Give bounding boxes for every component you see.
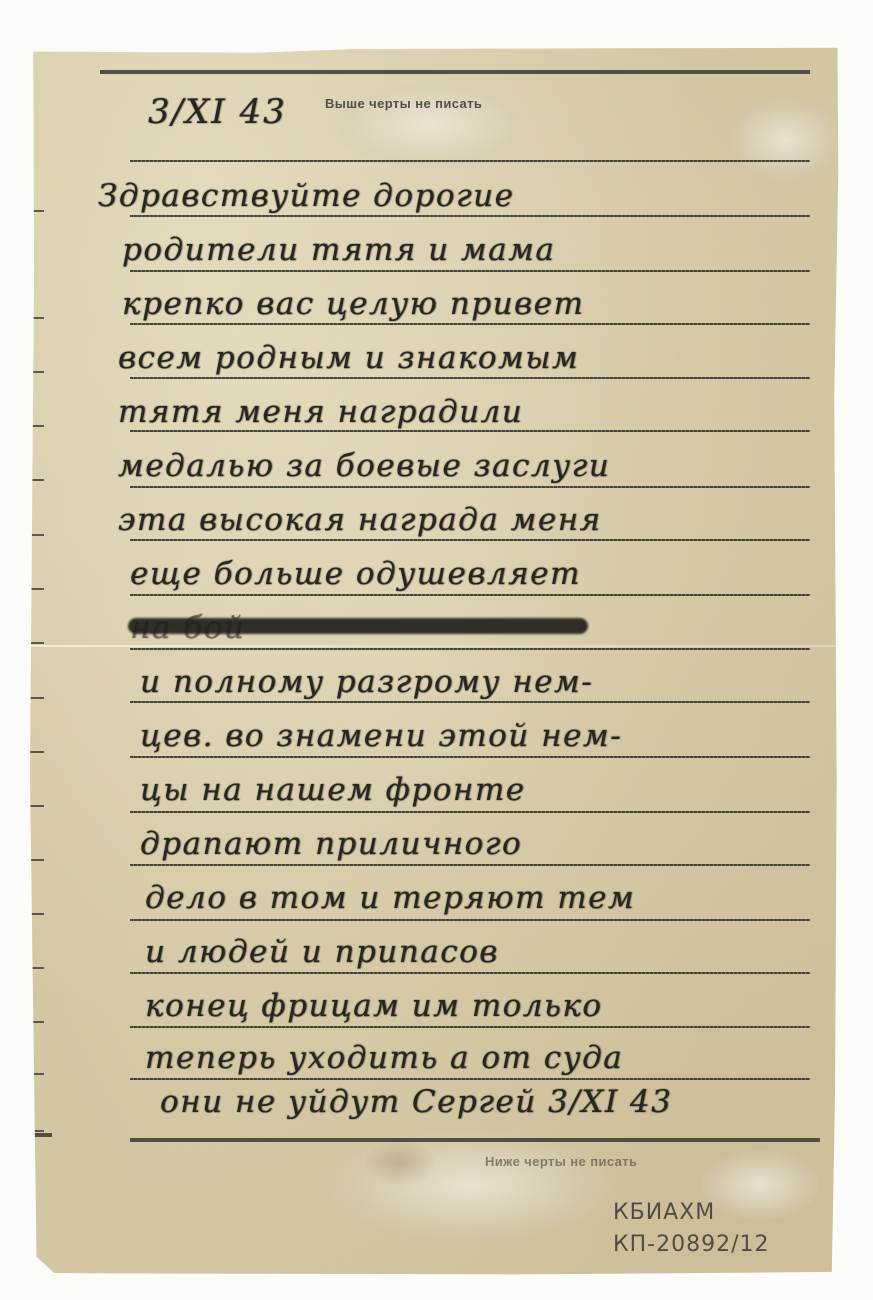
- ruled-line: [130, 972, 810, 974]
- ruled-line: [130, 1078, 810, 1080]
- ruled-line: [130, 323, 810, 325]
- ruled-line: [130, 648, 810, 650]
- ruled-line: [130, 160, 810, 162]
- scan-canvas: Выше черты не писать 3/XI 43: [0, 0, 873, 1300]
- paper-wear-stain: [330, 1130, 610, 1240]
- margin-tick: [30, 859, 44, 861]
- margin-tick: [30, 317, 44, 319]
- printed-footer-text: Ниже черты не писать: [485, 1154, 637, 1169]
- margin-tick: [30, 642, 44, 644]
- handwritten-line: крепко вас целую привет: [122, 286, 584, 322]
- handwritten-line: цев. во знамени этой нем-: [140, 718, 622, 754]
- margin-tick: [30, 805, 44, 807]
- handwritten-line: тятя меня наградили: [118, 394, 523, 430]
- handwritten-line: дело в том и теряют тем: [145, 880, 635, 916]
- paper-wear-stain: [330, 80, 530, 170]
- archive-inventory-code: КБИАХМ: [613, 1200, 715, 1225]
- top-border-rule: [100, 70, 810, 74]
- ruled-line: [130, 270, 810, 272]
- ruled-line: [130, 701, 810, 703]
- ruled-line: [130, 594, 810, 596]
- margin-tick: [30, 1021, 44, 1023]
- ruled-line: [130, 430, 810, 432]
- bottom-border-rule: [130, 1138, 820, 1142]
- printed-header-text: Выше черты не писать: [325, 96, 482, 111]
- ruled-line: [130, 486, 810, 488]
- strikethrough-scribble: [128, 618, 588, 634]
- margin-tick: [30, 1073, 44, 1075]
- paper-wear-stain: [700, 1150, 820, 1220]
- paper-dark-stain: [365, 1140, 435, 1185]
- handwritten-line: и людей и припасов: [145, 934, 499, 970]
- paper-wear-stain: [730, 100, 840, 180]
- margin-tick: [30, 210, 44, 212]
- handwritten-line: теперь уходить а от суда: [145, 1040, 623, 1076]
- handwritten-line: еще больше одушевляет: [130, 556, 581, 592]
- handwritten-line: эта высокая награда меня: [118, 502, 602, 538]
- margin-tick: [30, 1130, 44, 1132]
- margin-tick: [30, 371, 44, 373]
- margin-tick: [30, 697, 44, 699]
- bottom-border-rule-stub: [30, 1133, 52, 1137]
- handwritten-line: и полному разгрому нем-: [140, 664, 593, 700]
- margin-tick: [30, 534, 44, 536]
- ruled-line: [130, 919, 810, 921]
- margin-tick: [30, 425, 44, 427]
- margin-tick: [30, 588, 44, 590]
- handwritten-line: драпают приличного: [140, 826, 522, 862]
- ruled-line: [130, 377, 810, 379]
- ruled-line: [130, 215, 810, 217]
- ruled-line: [130, 811, 810, 813]
- header-date: 3/XI 43: [148, 92, 287, 132]
- handwritten-line: медалью за боевые заслуги: [118, 448, 610, 484]
- ruled-line: [130, 756, 810, 758]
- ruled-line: [130, 864, 810, 866]
- handwritten-line: Здравствуйте дорогие: [98, 178, 514, 214]
- archive-inventory-number: КП-20892/12: [613, 1232, 770, 1257]
- handwritten-line: всем родным и знакомым: [118, 340, 579, 376]
- handwritten-line: цы на нашем фронте: [140, 772, 526, 808]
- letter-sheet: Выше черты не писать 3/XI 43: [30, 20, 844, 1282]
- margin-tick: [30, 967, 44, 969]
- margin-tick: [30, 479, 44, 481]
- handwritten-line: родители тятя и мама: [122, 232, 555, 268]
- margin-tick: [30, 751, 44, 753]
- margin-tick: [30, 913, 44, 915]
- ruled-line: [130, 539, 810, 541]
- handwritten-line-signature: они не уйдут Сергей 3/XI 43: [160, 1084, 672, 1120]
- ruled-line: [130, 1026, 810, 1028]
- handwritten-line: конец фрицам им только: [145, 988, 603, 1024]
